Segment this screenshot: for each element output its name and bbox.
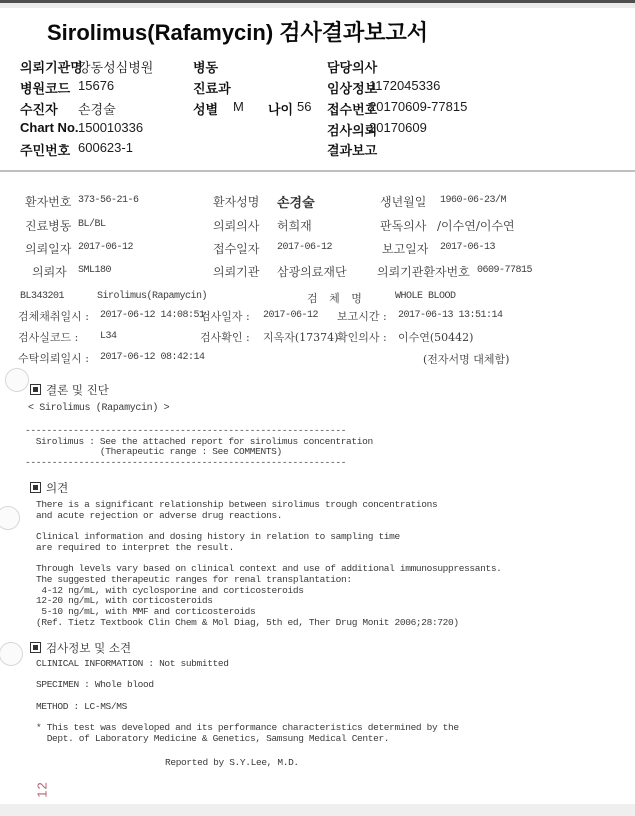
confirm-doctor-label: 확인의사 : xyxy=(337,329,387,345)
field-label-doctor: 담당의사 xyxy=(327,57,377,76)
test-date-value: 2017-06-12 xyxy=(263,310,318,321)
birth-date-label: 생년월일 xyxy=(380,193,426,210)
reading-doctor-value: /이수연/이수연 xyxy=(437,217,515,234)
info-text: CLINICAL INFORMATION : Not submitted SPE… xyxy=(36,659,459,745)
field-value-test-order: 20170609 xyxy=(369,120,427,135)
field-label-result-report: 결과보고 xyxy=(327,140,377,159)
reported-by: Reported by S.Y.Lee, M.D. xyxy=(165,758,299,769)
confirm-doctor-value: 이수연(50442) xyxy=(398,329,473,345)
field-value-clinical-info: 1172045336 xyxy=(369,78,440,93)
opinion-text: There is a significant relationship betw… xyxy=(36,500,502,628)
report-time-value: 2017-06-13 13:51:14 xyxy=(398,310,503,321)
conclusion-text: ----------------------------------------… xyxy=(25,426,373,469)
request-org-value: 삼광의료재단 xyxy=(277,263,347,280)
care-ward-label: 진료병동 xyxy=(25,217,71,234)
requester-label: 의뢰자 xyxy=(32,263,67,280)
request-date-label: 의뢰일자 xyxy=(25,240,71,257)
org-patient-no-label: 의뢰기관환자번호 xyxy=(377,263,470,280)
field-value-patient: 손경술 xyxy=(78,99,116,118)
specimen-value: WHOLE BLOOD xyxy=(395,291,456,302)
patient-no-value: 373-56-21-6 xyxy=(78,195,139,206)
scanner-bottom-edge xyxy=(0,804,635,816)
field-label-patient: 수진자 xyxy=(20,99,58,118)
punch-hole-icon xyxy=(5,368,29,392)
scanner-top-edge-light xyxy=(0,3,635,8)
receipt-date-value: 2017-06-12 xyxy=(277,242,332,253)
field-label-resident-no: 주민번호 xyxy=(20,140,70,159)
test-confirm-value: 지옥자(17374) xyxy=(263,329,338,345)
page-title: Sirolimus(Rafamycin) 검사결과보고서 xyxy=(47,16,428,47)
specimen-label: 검 체 명 xyxy=(307,290,366,306)
request-doctor-label: 의뢰의사 xyxy=(213,217,259,234)
collect-datetime-value: 2017-06-12 14:08:51 xyxy=(100,310,205,321)
field-value-hospital-code: 15676 xyxy=(78,78,114,93)
patient-name-value: 손경술 xyxy=(277,192,315,211)
report-date-label: 보고일자 xyxy=(382,240,428,257)
request-date-value: 2017-06-12 xyxy=(78,242,133,253)
birth-date-value: 1960-06-23/M xyxy=(440,195,506,206)
patient-name-label: 환자성명 xyxy=(213,193,259,210)
field-value-sex: M xyxy=(233,99,244,114)
section-marker-icon xyxy=(30,482,41,493)
trust-request-label: 수탁의뢰일시 : xyxy=(18,350,89,366)
test-confirm-label: 검사확인 : xyxy=(200,329,250,345)
field-value-resident-no: 600623-1 xyxy=(78,140,133,155)
field-label-chart-no: Chart No. xyxy=(20,120,79,135)
header-divider xyxy=(0,170,635,172)
reading-doctor-label: 판독의사 xyxy=(380,217,426,234)
field-label-org: 의뢰기관명 xyxy=(20,57,83,76)
field-value-org: 강동성심병원 xyxy=(78,57,153,76)
trust-request-value: 2017-06-12 08:42:14 xyxy=(100,352,205,363)
report-page: Sirolimus(Rafamycin) 검사결과보고서 의뢰기관명 강동성심병… xyxy=(0,0,635,816)
conclusion-heading: 결론 및 진단 xyxy=(46,382,109,398)
field-value-receipt-no: 20170609-77815 xyxy=(369,99,467,114)
page-number: 12 xyxy=(35,781,50,797)
patient-no-label: 환자번호 xyxy=(25,193,71,210)
collect-datetime-label: 검체채취일시 : xyxy=(18,308,89,324)
info-heading: 검사정보 및 소견 xyxy=(46,640,131,656)
esign-note: (전자서명 대체함) xyxy=(423,351,509,367)
punch-hole-icon xyxy=(0,506,20,530)
lab-code-value: L34 xyxy=(100,331,117,342)
field-value-age: 56 xyxy=(297,99,311,114)
report-time-label: 보고시간 : xyxy=(337,308,387,324)
test-code: BL343201 xyxy=(20,291,64,302)
report-date-value: 2017-06-13 xyxy=(440,242,495,253)
field-label-age: 나이 xyxy=(268,99,293,118)
lab-code-label: 검사실코드 : xyxy=(18,329,78,345)
field-label-ward: 병동 xyxy=(193,57,218,76)
section-marker-icon xyxy=(30,384,41,395)
request-doctor-value: 허희재 xyxy=(277,217,312,234)
field-label-hospital-code: 병원코드 xyxy=(20,78,70,97)
field-value-chart-no: 150010336 xyxy=(78,120,143,135)
field-label-dept: 진료과 xyxy=(193,78,231,97)
org-patient-no-value: 0609-77815 xyxy=(477,265,532,276)
requester-value: SML180 xyxy=(78,265,111,276)
test-name: Sirolimus(Rapamycin) xyxy=(97,291,207,302)
request-org-label: 의뢰기관 xyxy=(213,263,259,280)
section-marker-icon xyxy=(30,642,41,653)
care-ward-value: BL/BL xyxy=(78,219,106,230)
receipt-date-label: 접수일자 xyxy=(213,240,259,257)
opinion-heading: 의견 xyxy=(46,480,68,496)
conclusion-subtitle: < Sirolimus (Rapamycin) > xyxy=(28,404,169,415)
punch-hole-icon xyxy=(0,642,23,666)
field-label-sex: 성별 xyxy=(193,99,218,118)
test-date-label: 검사일자 : xyxy=(200,308,250,324)
